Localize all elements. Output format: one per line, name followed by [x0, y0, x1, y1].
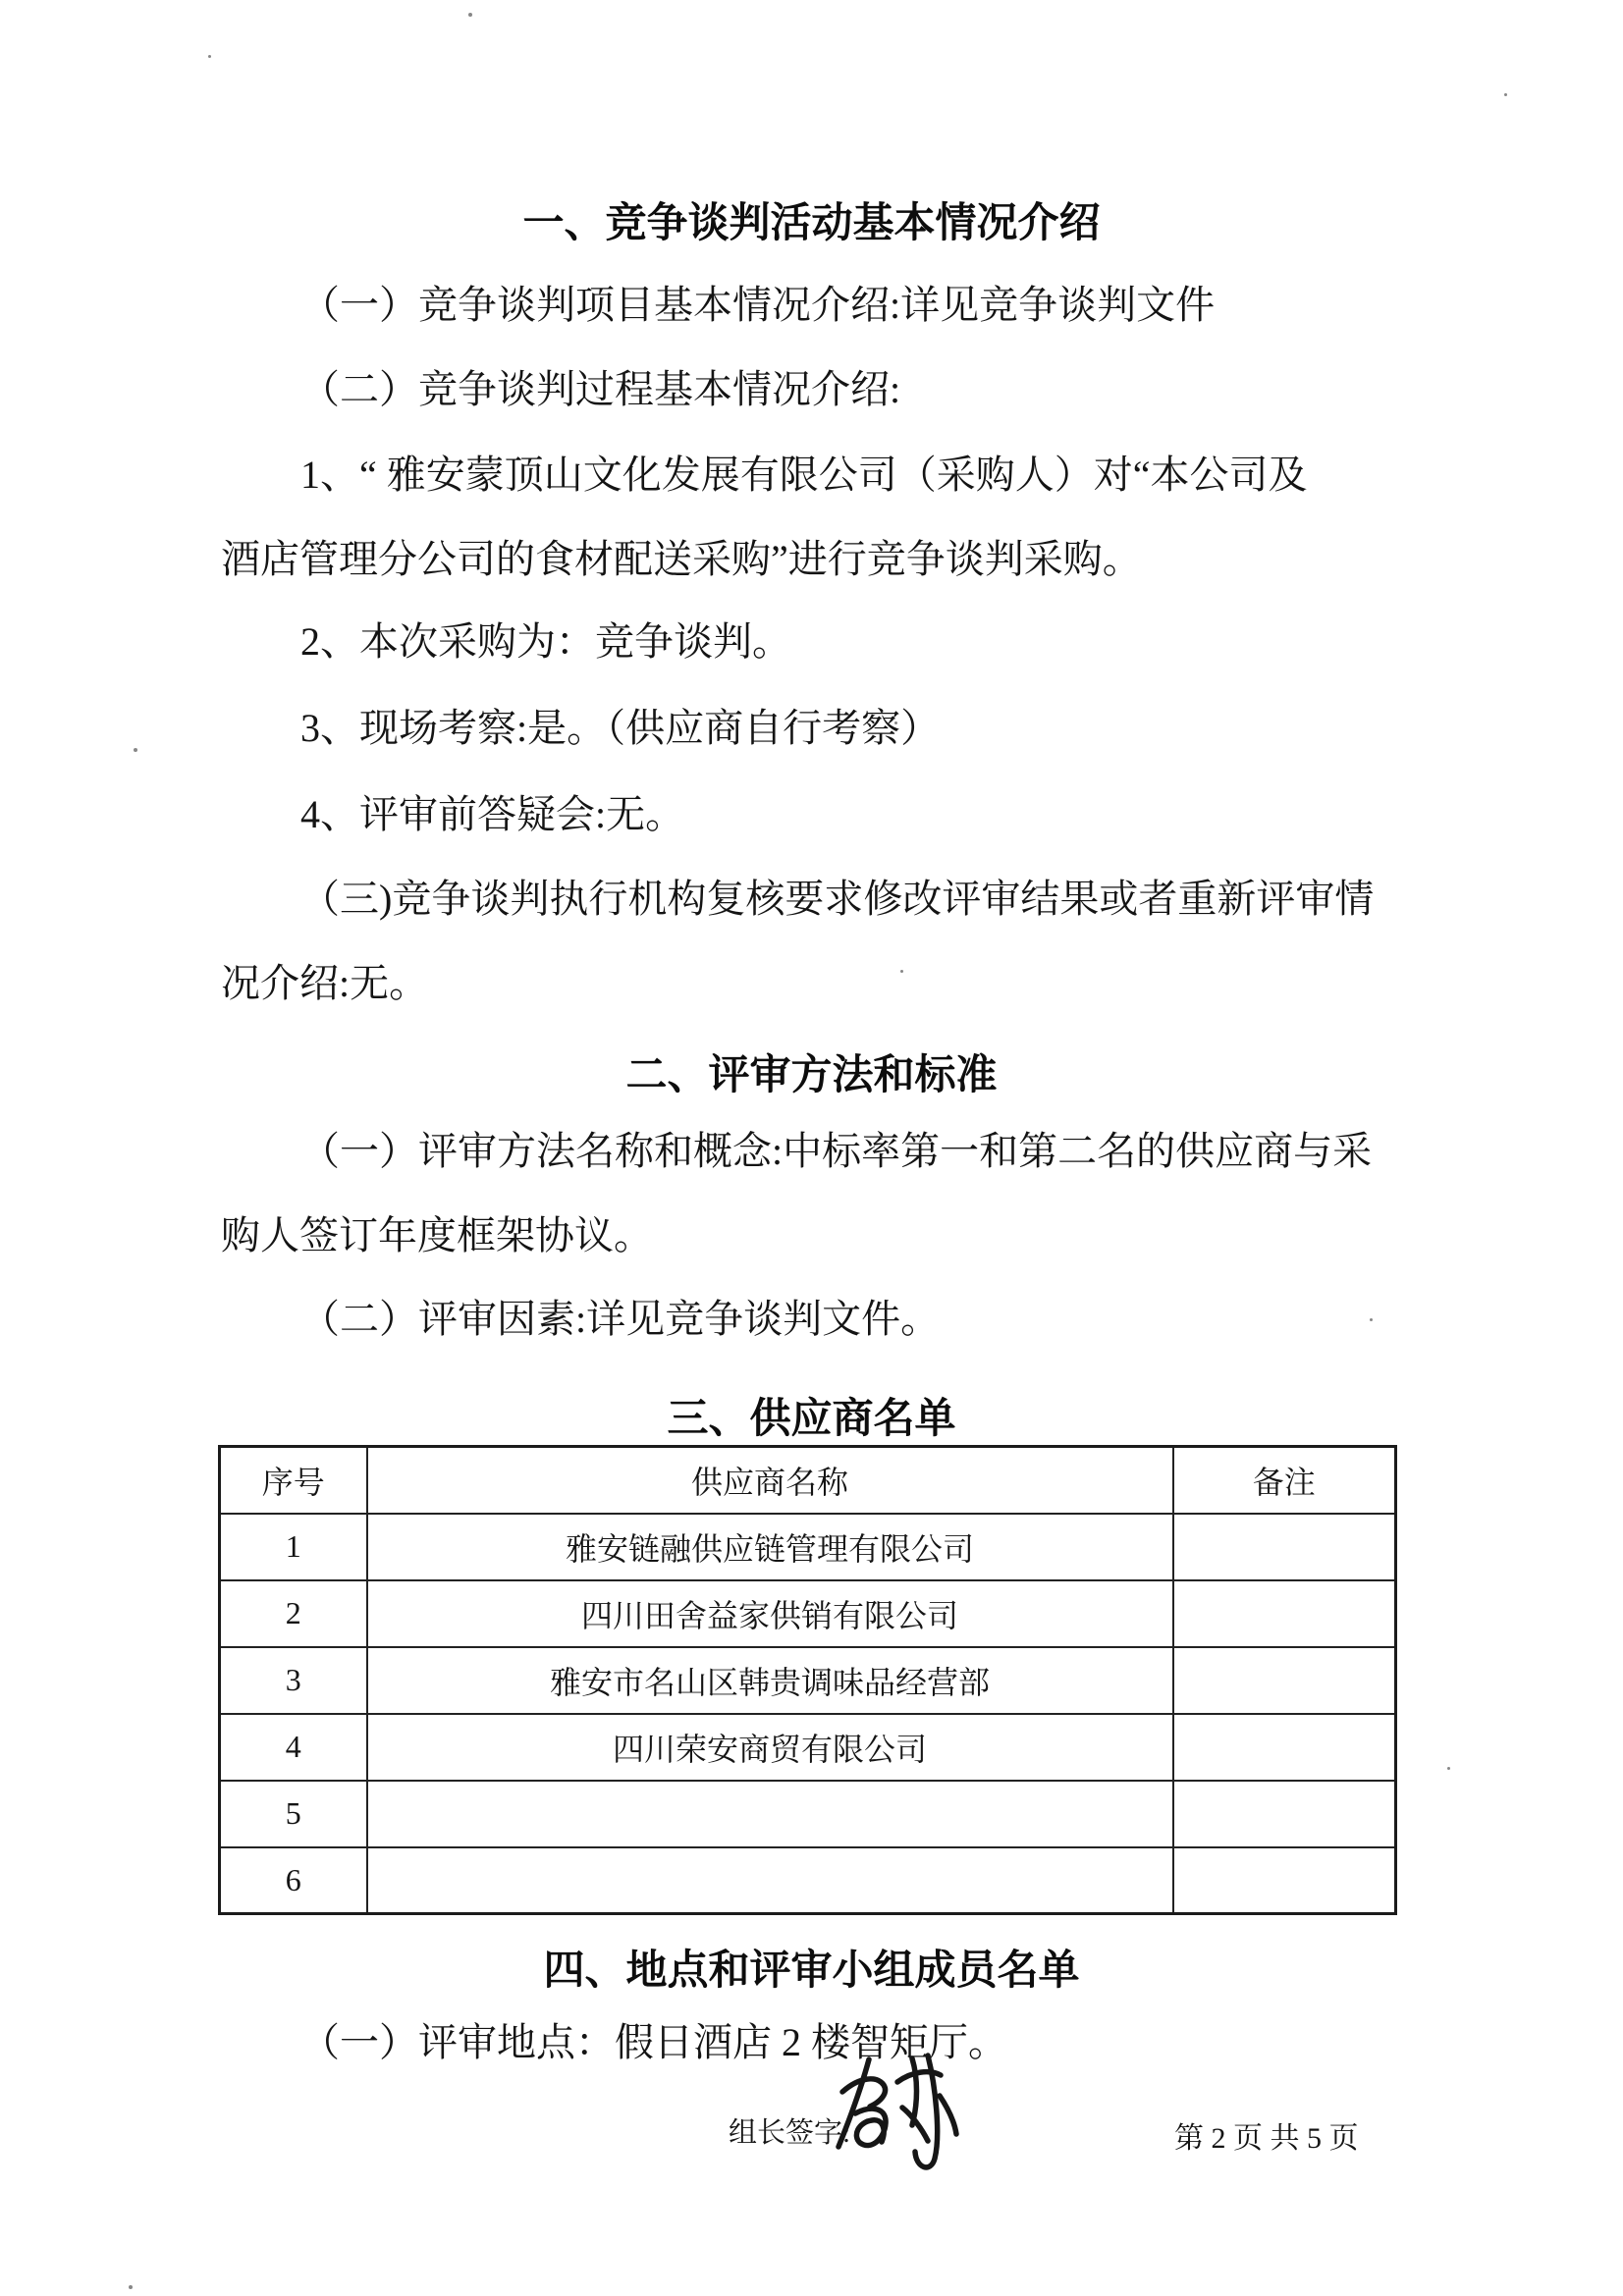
row5-supplier-name — [367, 1781, 1173, 1847]
table-row: 1 雅安链融供应链管理有限公司 — [220, 1514, 1396, 1580]
row3-remark — [1173, 1647, 1396, 1714]
section4-title: 四、地点和评审小组成员名单 — [0, 1938, 1623, 1997]
row3-no: 3 — [220, 1647, 367, 1714]
supplier-table: 序号 供应商名称 备注 1 雅安链融供应链管理有限公司 2 四川田舍益家供销有限… — [218, 1445, 1397, 1915]
table-row: 6 — [220, 1847, 1396, 1914]
paragraph-s1-p1: （一）竞争谈判项目基本情况介绍:详见竞争谈判文件 — [300, 283, 1215, 328]
paragraph-s2-p1-line1: （一）评审方法名称和概念:中标率第一和第二名的供应商与采 — [300, 1129, 1372, 1174]
section3-title: 三、供应商名单 — [0, 1386, 1623, 1445]
paragraph-s2-p2: （二）评审因素:详见竞争谈判文件。 — [300, 1297, 940, 1342]
supplier-table-header-row: 序号 供应商名称 备注 — [220, 1447, 1396, 1514]
table-row: 5 — [220, 1781, 1396, 1847]
row6-remark — [1173, 1847, 1396, 1914]
col-header-remark: 备注 — [1173, 1447, 1396, 1514]
paragraph-s1-p5: 3、现场考察:是。（供应商自行考察） — [300, 706, 940, 751]
scan-speck — [134, 748, 137, 752]
scan-speck — [129, 2285, 133, 2289]
row4-remark — [1173, 1714, 1396, 1781]
row1-remark — [1173, 1514, 1396, 1580]
page-number: 第 2 页 共 5 页 — [1174, 2113, 1359, 2157]
table-row: 4 四川荣安商贸有限公司 — [220, 1714, 1396, 1781]
row3-supplier-name: 雅安市名山区韩贵调味品经营部 — [367, 1647, 1173, 1714]
col-header-supplier-name: 供应商名称 — [367, 1447, 1173, 1514]
col-header-index: 序号 — [220, 1447, 367, 1514]
row6-supplier-name — [367, 1847, 1173, 1914]
section1-title: 一、竞争谈判活动基本情况介绍 — [0, 190, 1623, 249]
section2-title: 二、评审方法和标准 — [0, 1042, 1623, 1101]
paragraph-s1-p4: 2、本次采购为：竞争谈判。 — [300, 619, 791, 665]
paragraph-s1-p7-line2: 况介绍:无。 — [221, 961, 428, 1006]
scan-speck — [1504, 93, 1507, 96]
paragraph-s1-p2: （二）竞争谈判过程基本情况介绍: — [300, 367, 900, 412]
paragraph-s1-p3-line1: 1、“ 雅安蒙顶山文化发展有限公司（采购人）对“本公司及 — [300, 453, 1308, 498]
paragraph-s1-p7-line1: （三)竞争谈判执行机构复核要求修改评审结果或者重新评审情 — [300, 877, 1374, 922]
row5-remark — [1173, 1781, 1396, 1847]
paragraph-s1-p3-line2: 酒店管理分公司的食材配送采购”进行竞争谈判采购。 — [221, 537, 1142, 582]
scan-speck — [1447, 1767, 1450, 1770]
paragraph-s1-p6: 4、评审前答疑会:无。 — [300, 792, 684, 837]
row2-no: 2 — [220, 1580, 367, 1647]
scan-speck — [894, 721, 897, 724]
paragraph-s2-p1-line2: 购人签订年度框架协议。 — [221, 1213, 653, 1258]
table-row: 3 雅安市名山区韩贵调味品经营部 — [220, 1647, 1396, 1714]
row2-remark — [1173, 1580, 1396, 1647]
scan-speck — [468, 13, 472, 17]
handwritten-signature-scribble — [830, 2052, 977, 2179]
row6-no: 6 — [220, 1847, 367, 1914]
row2-supplier-name: 四川田舍益家供销有限公司 — [367, 1580, 1173, 1647]
table-row: 2 四川田舍益家供销有限公司 — [220, 1580, 1396, 1647]
row1-supplier-name: 雅安链融供应链管理有限公司 — [367, 1514, 1173, 1580]
scanned-document-page: 一、竞争谈判活动基本情况介绍 （一）竞争谈判项目基本情况介绍:详见竞争谈判文件 … — [0, 0, 1623, 2296]
row1-no: 1 — [220, 1514, 367, 1580]
row4-no: 4 — [220, 1714, 367, 1781]
scan-speck — [900, 970, 903, 973]
row5-no: 5 — [220, 1781, 367, 1847]
row4-supplier-name: 四川荣安商贸有限公司 — [367, 1714, 1173, 1781]
scan-speck — [208, 55, 211, 58]
scan-speck — [1370, 1318, 1373, 1321]
